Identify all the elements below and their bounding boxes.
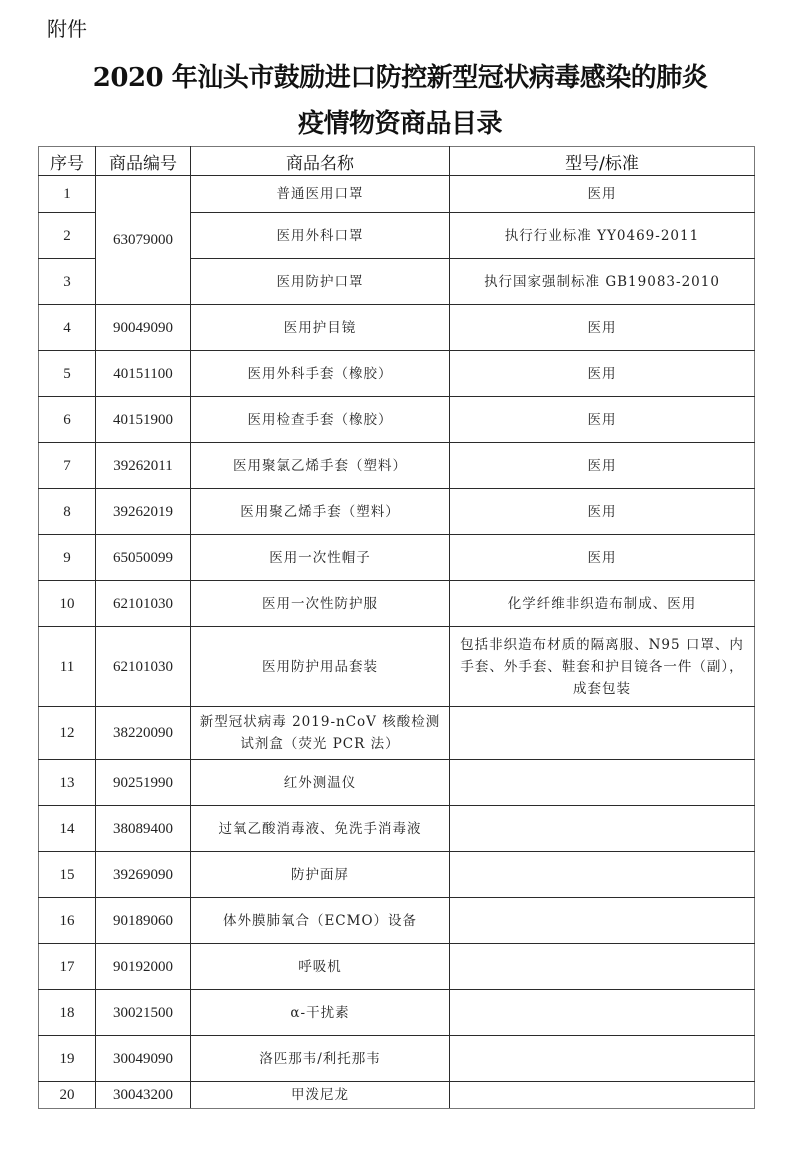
table-row: 5 40151100 医用外科手套（橡胶） 医用: [39, 351, 755, 397]
cell-name: 医用防护口罩: [191, 259, 450, 305]
attachment-label: 附件: [47, 16, 87, 42]
cell-index: 15: [39, 852, 96, 898]
cell-code: 40151100: [96, 351, 191, 397]
cell-name: 呼吸机: [191, 944, 450, 990]
cell-code: 30049090: [96, 1036, 191, 1082]
cell-code: 90189060: [96, 898, 191, 944]
cell-name: 医用外科口罩: [191, 213, 450, 259]
cell-name: α-干扰素: [191, 990, 450, 1036]
cell-code: 65050099: [96, 535, 191, 581]
cell-spec: 医用: [450, 176, 755, 213]
cell-spec: 医用: [450, 535, 755, 581]
header-code: 商品编号: [96, 147, 191, 176]
cell-index: 3: [39, 259, 96, 305]
cell-index: 2: [39, 213, 96, 259]
cell-spec: [450, 898, 755, 944]
table-row: 17 90192000 呼吸机: [39, 944, 755, 990]
cell-index: 20: [39, 1082, 96, 1109]
cell-spec: [450, 760, 755, 806]
cell-spec: 医用: [450, 489, 755, 535]
cell-name: 医用一次性防护服: [191, 581, 450, 627]
cell-spec: [450, 1036, 755, 1082]
table-row: 1 63079000 普通医用口罩 医用: [39, 176, 755, 213]
table-row: 6 40151900 医用检查手套（橡胶） 医用: [39, 397, 755, 443]
cell-name: 体外膜肺氧合（ECMO）设备: [191, 898, 450, 944]
cell-index: 19: [39, 1036, 96, 1082]
header-spec: 型号/标准: [450, 147, 755, 176]
cell-index: 1: [39, 176, 96, 213]
cell-spec: [450, 1082, 755, 1109]
cell-spec: 包括非织造布材质的隔离服、N95 口罩、内手套、外手套、鞋套和护目镜各一件（副）…: [450, 627, 755, 707]
cell-index: 4: [39, 305, 96, 351]
cell-spec: 医用: [450, 351, 755, 397]
cell-code: 38220090: [96, 707, 191, 760]
cell-code: 30043200: [96, 1082, 191, 1109]
table-row: 11 62101030 医用防护用品套装 包括非织造布材质的隔离服、N95 口罩…: [39, 627, 755, 707]
cell-name: 医用外科手套（橡胶）: [191, 351, 450, 397]
cell-spec: [450, 852, 755, 898]
table-row: 9 65050099 医用一次性帽子 医用: [39, 535, 755, 581]
cell-code: 62101030: [96, 581, 191, 627]
table-row: 18 30021500 α-干扰素: [39, 990, 755, 1036]
cell-name: 洛匹那韦/利托那韦: [191, 1036, 450, 1082]
table-row: 4 90049090 医用护目镜 医用: [39, 305, 755, 351]
cell-spec: [450, 806, 755, 852]
cell-code: 40151900: [96, 397, 191, 443]
cell-index: 8: [39, 489, 96, 535]
cell-code: 62101030: [96, 627, 191, 707]
cell-name: 普通医用口罩: [191, 176, 450, 213]
cell-code-merged: 63079000: [96, 176, 191, 305]
cell-code: 39269090: [96, 852, 191, 898]
cell-name: 新型冠状病毒 2019-nCoV 核酸检测试剂盒（荧光 PCR 法）: [191, 707, 450, 760]
table-row: 13 90251990 红外测温仪: [39, 760, 755, 806]
cell-index: 5: [39, 351, 96, 397]
document-title-line-1: 2020 年汕头市鼓励进口防控新型冠状病毒感染的肺炎: [0, 58, 800, 98]
header-name: 商品名称: [191, 147, 450, 176]
cell-code: 39262019: [96, 489, 191, 535]
cell-name: 医用一次性帽子: [191, 535, 450, 581]
table-row: 15 39269090 防护面屏: [39, 852, 755, 898]
cell-name: 医用护目镜: [191, 305, 450, 351]
header-index: 序号: [39, 147, 96, 176]
cell-spec: 医用: [450, 305, 755, 351]
cell-code: 90049090: [96, 305, 191, 351]
cell-index: 10: [39, 581, 96, 627]
cell-code: 30021500: [96, 990, 191, 1036]
cell-code: 38089400: [96, 806, 191, 852]
cell-spec: [450, 990, 755, 1036]
table-row: 7 39262011 医用聚氯乙烯手套（塑料） 医用: [39, 443, 755, 489]
cell-code: 90192000: [96, 944, 191, 990]
document-title-line-2: 疫情物资商品目录: [0, 104, 800, 144]
cell-spec: 医用: [450, 397, 755, 443]
table-header-row: 序号 商品编号 商品名称 型号/标准: [39, 147, 755, 176]
table-row: 20 30043200 甲泼尼龙: [39, 1082, 755, 1109]
cell-name: 医用聚乙烯手套（塑料）: [191, 489, 450, 535]
cell-code: 90251990: [96, 760, 191, 806]
goods-catalog-table: 序号 商品编号 商品名称 型号/标准 1 63079000 普通医用口罩 医用 …: [38, 146, 755, 1109]
cell-name: 过氧乙酸消毒液、免洗手消毒液: [191, 806, 450, 852]
cell-spec: [450, 707, 755, 760]
cell-index: 16: [39, 898, 96, 944]
table-row: 8 39262019 医用聚乙烯手套（塑料） 医用: [39, 489, 755, 535]
cell-name: 甲泼尼龙: [191, 1082, 450, 1109]
cell-index: 13: [39, 760, 96, 806]
cell-name: 防护面屏: [191, 852, 450, 898]
cell-name: 红外测温仪: [191, 760, 450, 806]
cell-index: 6: [39, 397, 96, 443]
table-row: 10 62101030 医用一次性防护服 化学纤维非织造布制成、医用: [39, 581, 755, 627]
cell-name: 医用检查手套（橡胶）: [191, 397, 450, 443]
cell-index: 17: [39, 944, 96, 990]
cell-spec: 医用: [450, 443, 755, 489]
cell-spec: [450, 944, 755, 990]
table-row: 12 38220090 新型冠状病毒 2019-nCoV 核酸检测试剂盒（荧光 …: [39, 707, 755, 760]
cell-spec: 执行行业标准 YY0469-2011: [450, 213, 755, 259]
table-row: 19 30049090 洛匹那韦/利托那韦: [39, 1036, 755, 1082]
cell-name: 医用聚氯乙烯手套（塑料）: [191, 443, 450, 489]
cell-spec: 化学纤维非织造布制成、医用: [450, 581, 755, 627]
cell-name: 医用防护用品套装: [191, 627, 450, 707]
cell-index: 18: [39, 990, 96, 1036]
table-row: 14 38089400 过氧乙酸消毒液、免洗手消毒液: [39, 806, 755, 852]
cell-index: 12: [39, 707, 96, 760]
cell-index: 7: [39, 443, 96, 489]
cell-index: 9: [39, 535, 96, 581]
cell-spec: 执行国家强制标准 GB19083-2010: [450, 259, 755, 305]
cell-code: 39262011: [96, 443, 191, 489]
cell-index: 14: [39, 806, 96, 852]
table-row: 16 90189060 体外膜肺氧合（ECMO）设备: [39, 898, 755, 944]
cell-index: 11: [39, 627, 96, 707]
